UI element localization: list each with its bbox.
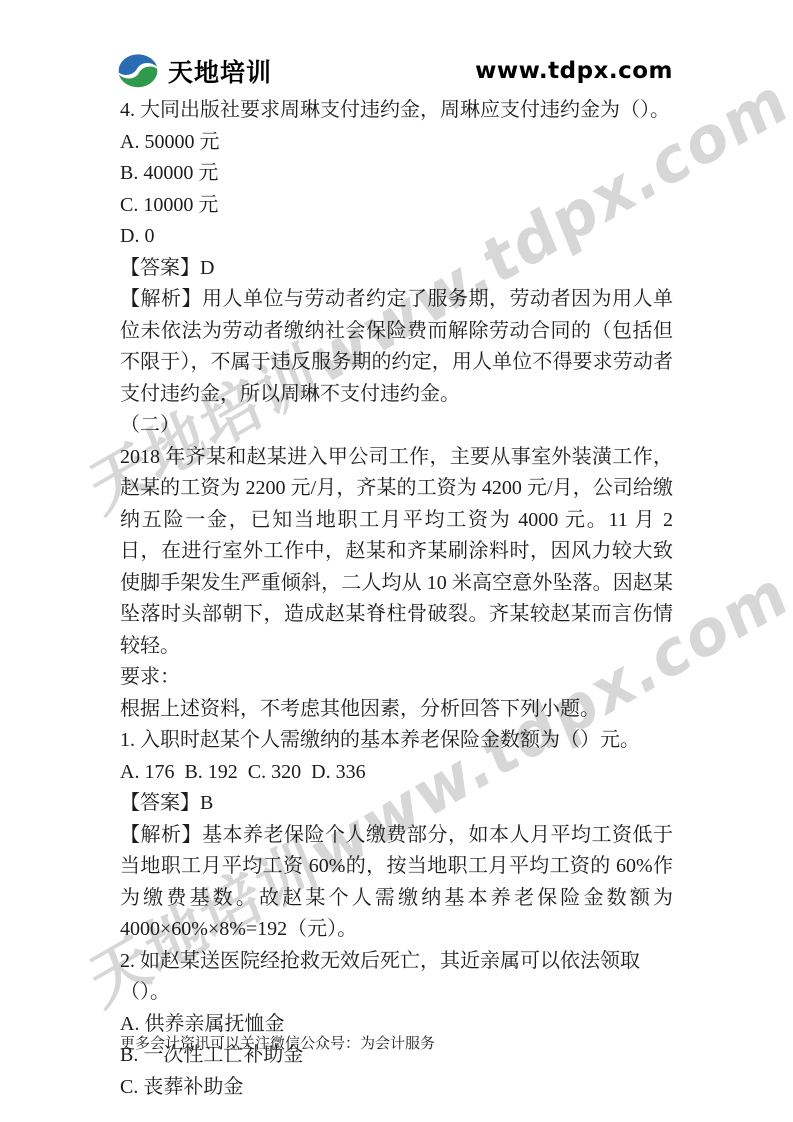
header-site-url: www.tdpx.com [475, 58, 673, 84]
analysis-label: 【解析】 [120, 824, 202, 846]
case2-q1-analysis-text: 基本养老保险个人缴费部分，如本人月平均工资低于当地职工月平均工资 60%的，按当… [120, 824, 673, 941]
case2-q1-analysis: 【解析】基本养老保险个人缴费部分，如本人月平均工资低于当地职工月平均工资 60%… [120, 820, 673, 946]
logo: 天地培训 [115, 51, 272, 91]
case2-background: 2018 年齐某和赵某进入甲公司工作，主要从事室外装潢工作，赵某的工资为 220… [120, 442, 673, 663]
question4-analysis-text: 用人单位与劳动者约定了服务期，劳动者因为用人单位未依法为劳动者缴纳社会保险费而解… [120, 288, 673, 405]
answer-label: 【答案】 [120, 257, 200, 279]
analysis-label: 【解析】 [120, 288, 202, 310]
question4-stem: 4. 大同出版社要求周琳支付违约金，周琳应支付违约金为（）。 [120, 95, 673, 127]
logo-swirl-icon [115, 51, 161, 91]
question4-answer-value: D [200, 257, 214, 279]
answer-label: 【答案】 [120, 792, 200, 814]
document-content: 4. 大同出版社要求周琳支付违约金，周琳应支付违约金为（）。 A. 50000 … [120, 95, 673, 1103]
logo-text: 天地培训 [168, 53, 272, 89]
page-header: 天地培训 www.tdpx.com [115, 46, 673, 96]
case2-q2-option-c: C. 丧葬补助金 [120, 1072, 673, 1104]
case2-q2-stem: 2. 如赵某送医院经抢救无效后死亡，其近亲属可以依法领取（）。 [120, 946, 673, 1009]
question4-answer-line: 【答案】D [120, 253, 673, 285]
case2-q1-answer-value: B [200, 792, 213, 814]
case2-q1-stem: 1. 入职时赵某个人需缴纳的基本养老保险金数额为（）元。 [120, 725, 673, 757]
case2-q1-answer-line: 【答案】B [120, 788, 673, 820]
question4-analysis: 【解析】用人单位与劳动者约定了服务期，劳动者因为用人单位未依法为劳动者缴纳社会保… [120, 284, 673, 410]
case2-title: （二） [120, 410, 673, 442]
question4-option-b: B. 40000 元 [120, 158, 673, 190]
case2-requirement-label: 要求： [120, 662, 673, 694]
case2-q1-options-line: A. 176 B. 192 C. 320 D. 336 [120, 757, 673, 789]
page-footer-note: 更多会计资讯可以关注微信公众号：为会计服务 [120, 1032, 435, 1053]
question4-option-d: D. 0 [120, 221, 673, 253]
case2-requirement: 根据上述资料，不考虑其他因素，分析回答下列小题。 [120, 694, 673, 726]
question4-option-a: A. 50000 元 [120, 127, 673, 159]
document-page: 天地培训www.tdpx.com 天地培训www.tdpx.com 天地培训 w… [0, 0, 793, 1122]
question4-option-c: C. 10000 元 [120, 190, 673, 222]
